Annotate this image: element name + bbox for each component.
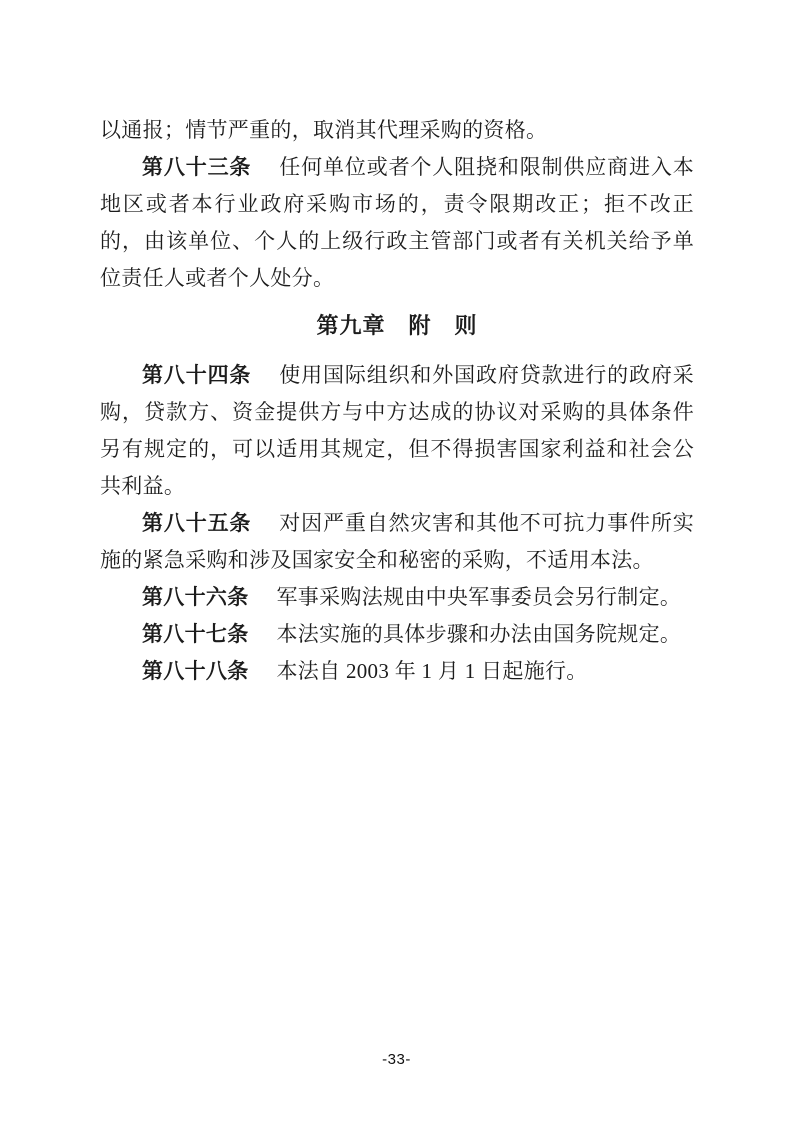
article-88-number: 第八十八条 [142, 659, 249, 683]
article-88-text: 本法自 2003 年 1 月 1 日起施行。 [277, 659, 588, 683]
article-84-number: 第八十四条 [142, 363, 251, 387]
document-page: 以通报；情节严重的，取消其代理采购的资格。 第八十三条任何单位或者个人阻挠和限制… [0, 0, 793, 1122]
article-86: 第八十六条军事采购法规由中央军事委员会另行制定。 [100, 579, 694, 616]
article-87: 第八十七条本法实施的具体步骤和办法由国务院规定。 [100, 616, 694, 653]
chapter-heading: 第九章 附 则 [100, 307, 694, 344]
article-85-number: 第八十五条 [142, 511, 251, 535]
article-87-text: 本法实施的具体步骤和办法由国务院规定。 [277, 622, 682, 646]
paragraph-continuation: 以通报；情节严重的，取消其代理采购的资格。 [100, 112, 694, 149]
article-83: 第八十三条任何单位或者个人阻挠和限制供应商进入本地区或者本行业政府采购市场的，责… [100, 149, 694, 297]
article-88: 第八十八条本法自 2003 年 1 月 1 日起施行。 [100, 653, 694, 690]
article-85: 第八十五条对因严重自然灾害和其他不可抗力事件所实施的紧急采购和涉及国家安全和秘密… [100, 505, 694, 579]
page-number: -33- [0, 1050, 793, 1070]
document-body: 以通报；情节严重的，取消其代理采购的资格。 第八十三条任何单位或者个人阻挠和限制… [100, 112, 694, 690]
article-84: 第八十四条使用国际组织和外国政府贷款进行的政府采购，贷款方、资金提供方与中方达成… [100, 357, 694, 505]
article-86-text: 军事采购法规由中央军事委员会另行制定。 [277, 585, 682, 609]
article-83-number: 第八十三条 [142, 155, 251, 179]
article-87-number: 第八十七条 [142, 622, 249, 646]
article-86-number: 第八十六条 [142, 585, 249, 609]
